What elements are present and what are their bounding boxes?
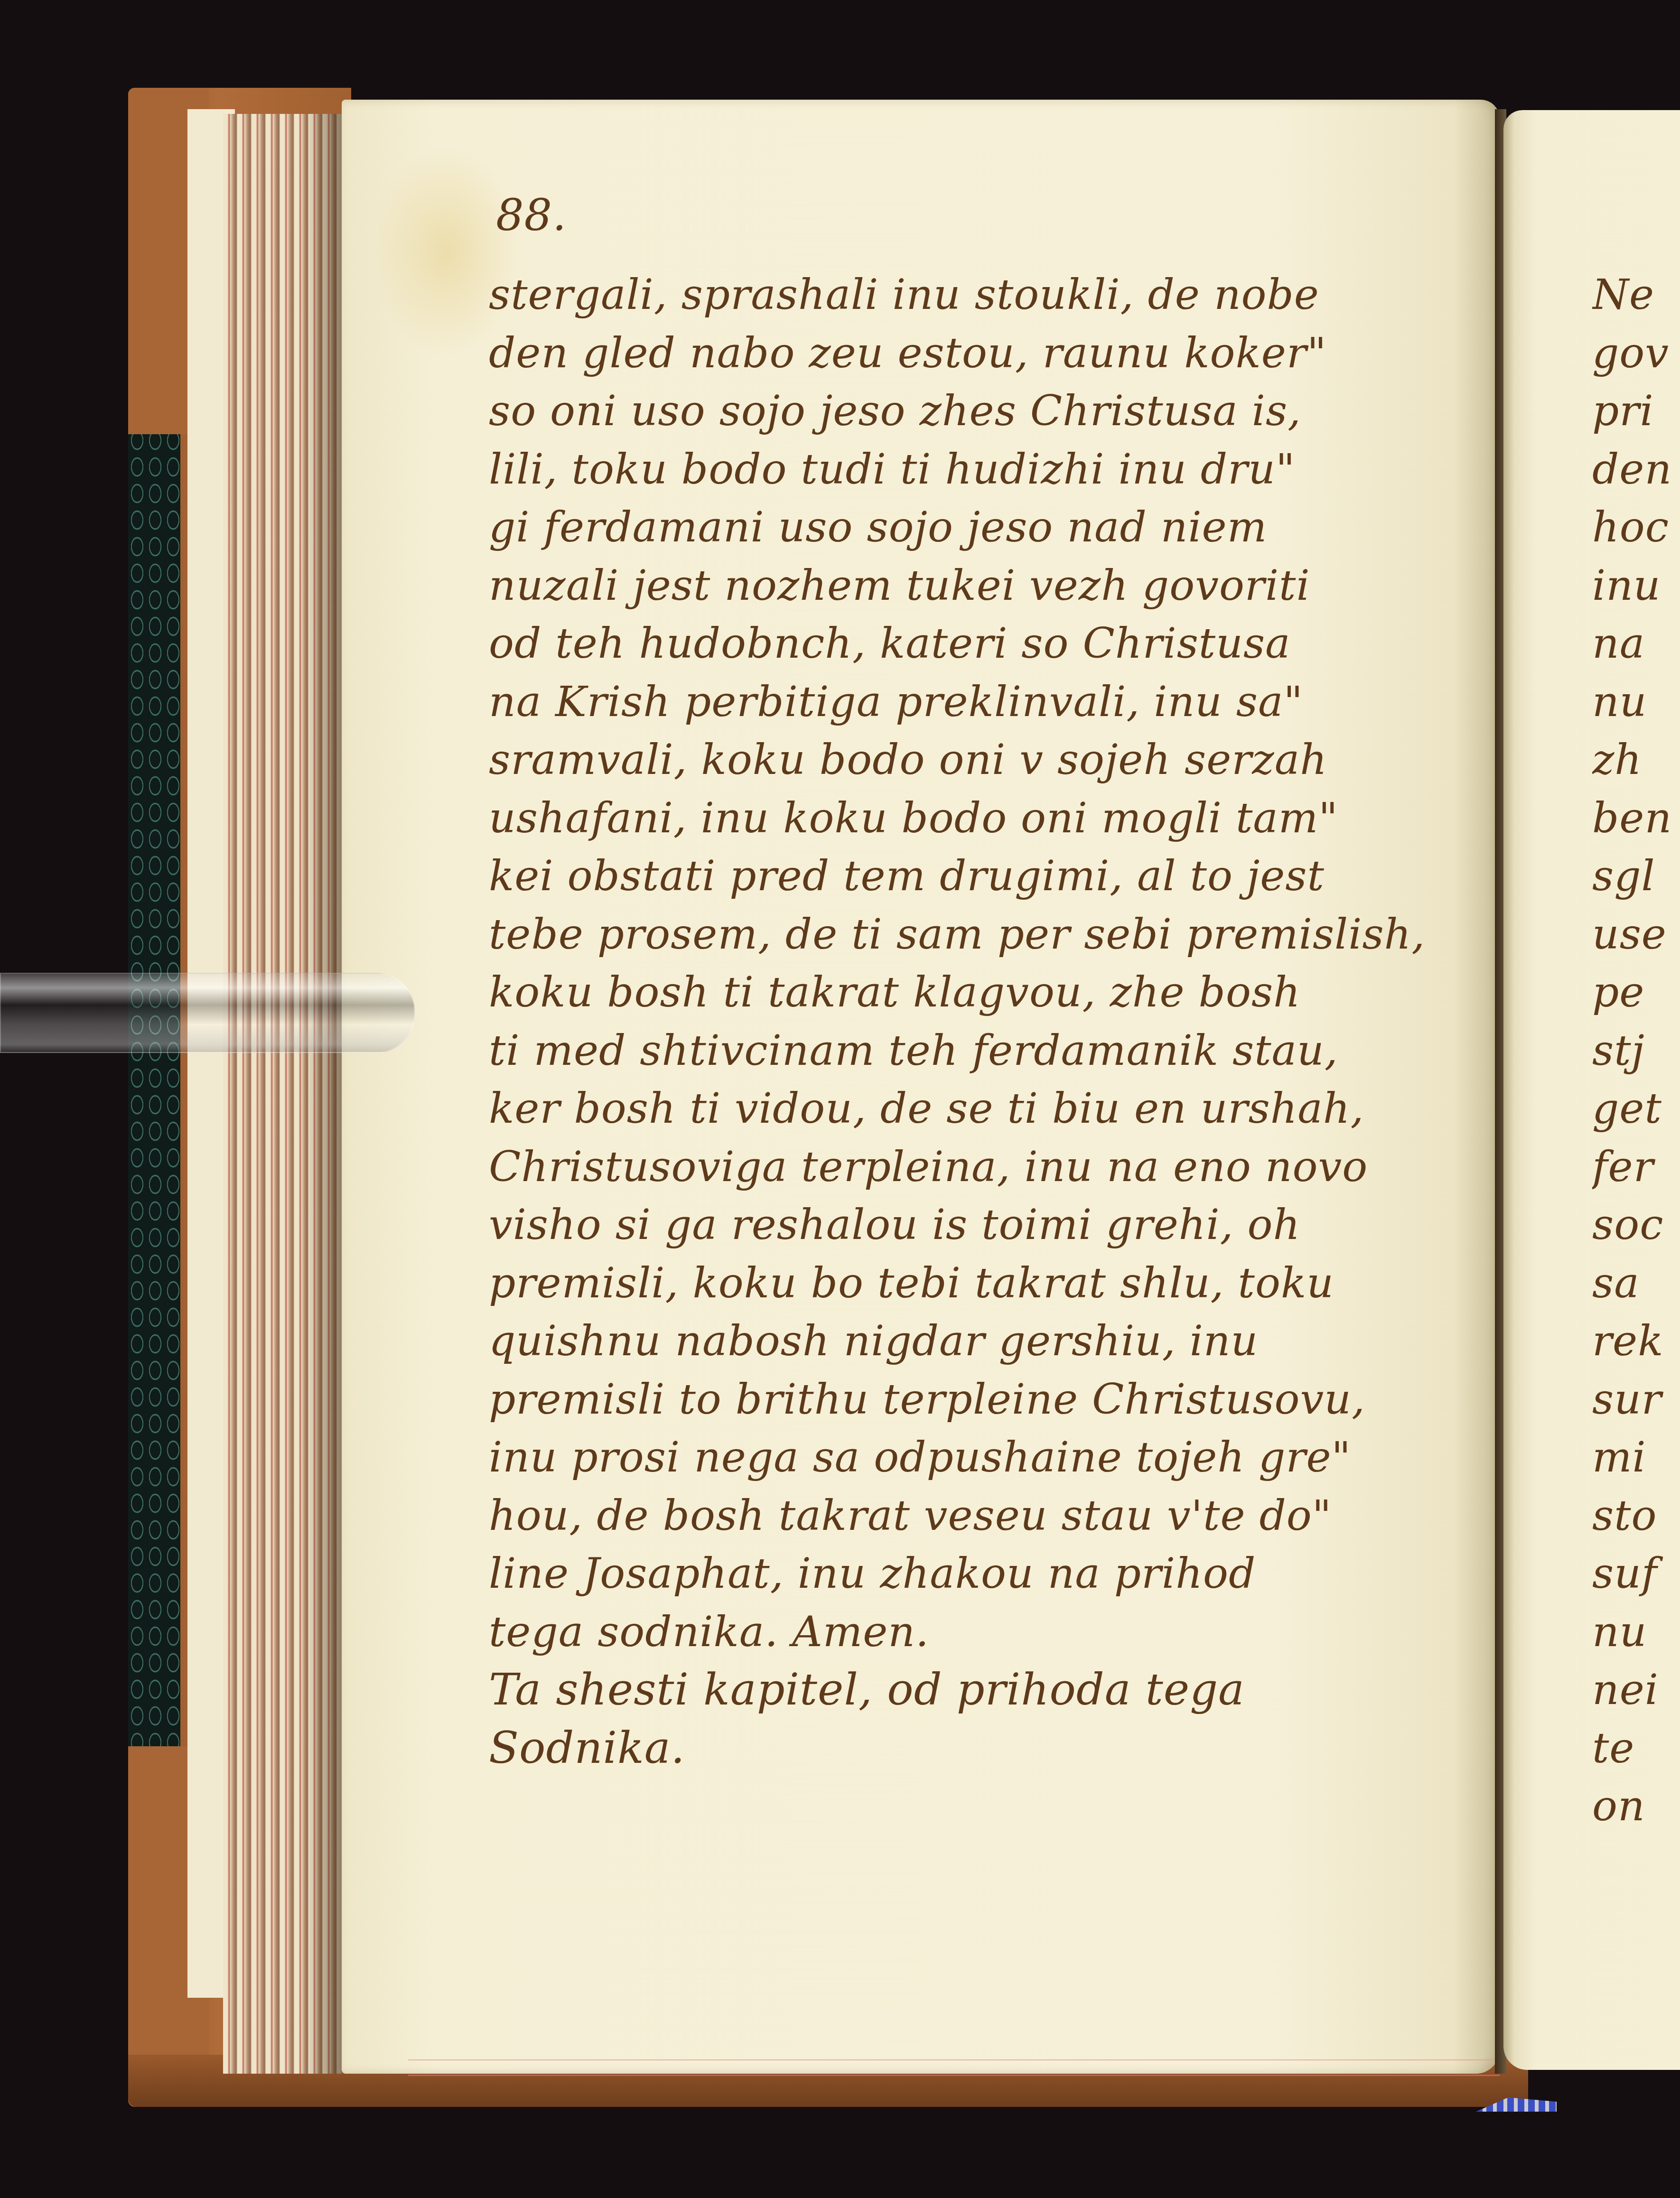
recto-text-line: den xyxy=(1592,440,1680,499)
text-line: tega sodnika. Amen. xyxy=(489,1603,1485,1661)
recto-text-line: stj xyxy=(1592,1022,1680,1080)
text-line: koku bosh ti takrat klagvou, zhe bosh xyxy=(489,963,1485,1022)
recto-text-line: gov xyxy=(1592,324,1680,382)
recto-text-line: sto xyxy=(1592,1487,1680,1545)
recto-text-line: sa xyxy=(1592,1254,1680,1313)
page-number: 88. xyxy=(496,190,567,241)
recto-text-line: inu xyxy=(1592,557,1680,615)
recto-text-line: nu xyxy=(1592,1603,1680,1661)
recto-text-cropped: Negovpridenhocinunanuzhbensglusepestjget… xyxy=(1592,266,1680,1835)
text-line: stergali, sprashali inu stoukli, de nobe xyxy=(489,266,1485,324)
text-line: premisli, koku bo tebi takrat shlu, toku xyxy=(489,1254,1485,1313)
glass-rod-page-weight xyxy=(0,973,415,1053)
recto-text-line: pri xyxy=(1592,382,1680,440)
recto-text-line: Ne xyxy=(1592,266,1680,324)
recto-text-line: hoc xyxy=(1592,498,1680,557)
recto-text-line: te xyxy=(1592,1719,1680,1778)
text-line: so oni uso sojo jeso zhes Christusa is, xyxy=(489,382,1485,440)
recto-text-line: on xyxy=(1592,1777,1680,1835)
green-snakeskin-board xyxy=(128,427,180,1756)
text-line: od teh hudobnch, kateri so Christusa xyxy=(489,615,1485,673)
chapter-heading-line: Sodnika. xyxy=(489,1719,1485,1778)
text-line: nuzali jest nozhem tukei vezh govoriti xyxy=(489,557,1485,615)
text-line: lili, toku bodo tudi ti hudizhi inu dru" xyxy=(489,440,1485,499)
recto-text-line: nu xyxy=(1592,673,1680,731)
recto-text-line: ben xyxy=(1592,789,1680,848)
recto-text-line: suf xyxy=(1592,1545,1680,1603)
recto-text-line: sgl xyxy=(1592,847,1680,905)
text-line: quishnu nabosh nigdar gershiu, inu xyxy=(489,1312,1485,1370)
text-line: ker bosh ti vidou, de se ti biu en ursha… xyxy=(489,1080,1485,1138)
recto-text-line: fer xyxy=(1592,1138,1680,1196)
page-stack-shadow xyxy=(304,114,342,2074)
recto-text-line: soc xyxy=(1592,1196,1680,1254)
text-line: kei obstati pred tem drugimi, al to jest xyxy=(489,847,1485,905)
recto-text-line: rek xyxy=(1592,1312,1680,1370)
recto-text-line: sur xyxy=(1592,1370,1680,1429)
text-line: line Josaphat, inu zhakou na prihod xyxy=(489,1545,1485,1603)
recto-text-line: mi xyxy=(1592,1428,1680,1487)
recto-text-line: pe xyxy=(1592,963,1680,1022)
text-line: Christusoviga terpleina, inu na eno novo xyxy=(489,1138,1485,1196)
recto-text-line: get xyxy=(1592,1080,1680,1138)
recto-text-line: use xyxy=(1592,905,1680,964)
page-bottom-red-edge xyxy=(408,2059,1500,2076)
recto-text-line: nei xyxy=(1592,1661,1680,1719)
text-line: inu prosi nega sa odpushaine tojeh gre" xyxy=(489,1428,1485,1487)
text-line: sramvali, koku bodo oni v sojeh serzah xyxy=(489,731,1485,789)
text-line: na Krish perbitiga preklinvali, inu sa" xyxy=(489,673,1485,731)
text-line: premisli to brithu terpleine Christusovu… xyxy=(489,1370,1485,1429)
recto-text-line: na xyxy=(1592,615,1680,673)
recto-text-line: zh xyxy=(1592,731,1680,789)
manuscript-text-block: stergali, sprashali inu stoukli, de nobe… xyxy=(489,266,1485,1777)
text-line: ushafani, inu koku bodo oni mogli tam" xyxy=(489,789,1485,848)
chapter-heading-line: Ta shesti kapitel, od prihoda tega xyxy=(489,1661,1485,1719)
text-line: gi ferdamani uso sojo jeso nad niem xyxy=(489,498,1485,557)
text-line: den gled nabo zeu estou, raunu koker" xyxy=(489,324,1485,382)
text-line: visho si ga reshalou is toimi grehi, oh xyxy=(489,1196,1485,1254)
text-line: hou, de bosh takrat veseu stau v'te do" xyxy=(489,1487,1485,1545)
text-line: ti med shtivcinam teh ferdamanik stau, xyxy=(489,1022,1485,1080)
text-line: tebe prosem, de ti sam per sebi premisli… xyxy=(489,905,1485,964)
